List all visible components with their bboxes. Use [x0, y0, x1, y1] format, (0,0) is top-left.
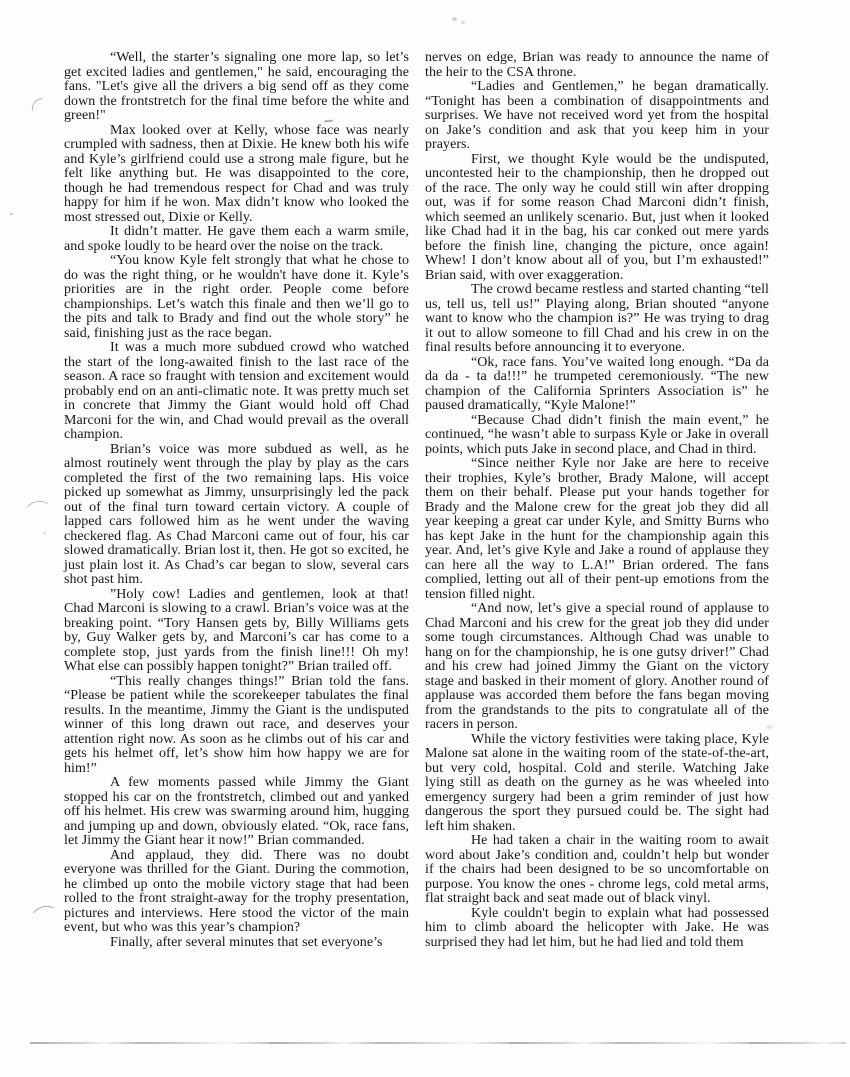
text-column-left: “Well, the starter’s signaling one more …: [64, 51, 409, 950]
paragraph: Brian’s voice was more subdued as well, …: [64, 443, 409, 588]
paragraph: It didn’t matter. He gave them each a wa…: [64, 225, 409, 254]
paragraph: “This really changes things!” Brian told…: [64, 675, 409, 777]
scan-speck: [43, 532, 46, 534]
paragraph: “You know Kyle felt strongly that what h…: [64, 254, 409, 341]
paragraph: And applaud, they did. There was no doub…: [64, 849, 409, 936]
scan-crescent-artifact: [27, 93, 64, 129]
paragraph: It was a much more subdued crowd who wat…: [64, 341, 409, 443]
text-column-right: nerves on edge, Brian was ready to annou…: [425, 51, 769, 950]
paragraph: Max looked over at Kelly, whose face was…: [64, 124, 409, 226]
paragraph: nerves on edge, Brian was ready to annou…: [425, 51, 769, 80]
paragraph: “Ladies and Gentlemen,” he began dramati…: [425, 80, 769, 153]
paragraph: “And now, let’s give a special round of …: [425, 602, 769, 733]
paragraph: The crowd became restless and started ch…: [425, 283, 769, 356]
paragraph: “Because Chad didn’t finish the main eve…: [425, 414, 769, 458]
paragraph: While the victory festivities were takin…: [425, 733, 769, 835]
paragraph: “Since neither Kyle nor Jake are here to…: [425, 457, 769, 602]
paragraph: ”Holy cow! Ladies and gentlemen, look at…: [64, 588, 409, 675]
paragraph: First, we thought Kyle would be the undi…: [425, 153, 769, 284]
paragraph: Kyle couldn't begin to explain what had …: [425, 907, 769, 951]
paragraph: Finally, after several minutes that set …: [64, 936, 409, 951]
scan-crescent-artifact: [29, 903, 63, 933]
paragraph: He had taken a chair in the waiting room…: [425, 834, 769, 907]
scan-streak-line: [30, 1042, 846, 1044]
scan-crescent-artifact: [22, 499, 56, 530]
paragraph: “Well, the starter’s signaling one more …: [64, 51, 409, 124]
paragraph: A few moments passed while Jimmy the Gia…: [64, 776, 409, 849]
scan-speck: [461, 21, 465, 24]
scan-speck: [452, 17, 457, 21]
paragraph: “Ok, race fans. You’ve waited long enoug…: [425, 356, 769, 414]
scanned-page: “Well, the starter’s signaling one more …: [0, 0, 850, 1077]
scan-speck: [10, 213, 13, 215]
